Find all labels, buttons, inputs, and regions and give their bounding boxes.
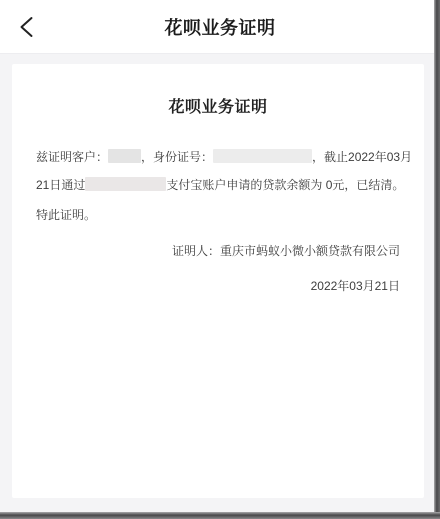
line2-suffix-text: 支付宝账户申请的贷款余额为 0元，已结清。: [166, 178, 404, 192]
certificate-line-1: 兹证明客户：，身份证号：，截止2022年03月: [36, 143, 400, 171]
line1-suffix-text: ，截止2022年03月: [312, 150, 412, 164]
redacted-id-number: [213, 149, 312, 163]
page-title: 花呗业务证明: [165, 14, 276, 40]
certificate-title: 花呗业务证明: [36, 94, 400, 117]
chevron-left-icon: [18, 16, 35, 38]
screenshot-edge-right: [434, 0, 440, 519]
navigation-bar: 花呗业务证明: [0, 0, 440, 54]
back-button[interactable]: [14, 12, 39, 42]
certificate-date: 2022年03月21日: [36, 272, 400, 300]
certificate-issuer: 证明人：重庆市蚂蚁小微小额贷款有限公司: [36, 237, 400, 265]
screenshot-edge-bottom: [0, 512, 440, 519]
redacted-customer-name: [108, 149, 141, 163]
certificate-card: 花呗业务证明 兹证明客户：，身份证号：，截止2022年03月 21日通过支付宝账…: [12, 64, 424, 498]
huabei-certificate-screen: 花呗业务证明 花呗业务证明 兹证明客户：，身份证号：，截止2022年03月 21…: [0, 0, 440, 519]
line1-prefix-text: 兹证明客户：: [36, 150, 108, 164]
certificate-closing: 特此证明。: [36, 201, 400, 229]
line1-mid-text: ，身份证号：: [141, 150, 213, 164]
certificate-line-2: 21日通过支付宝账户申请的贷款余额为 0元，已结清。: [36, 171, 400, 199]
line2-prefix-text: 21日通过: [36, 178, 85, 192]
redacted-alipay-account: [85, 177, 166, 191]
